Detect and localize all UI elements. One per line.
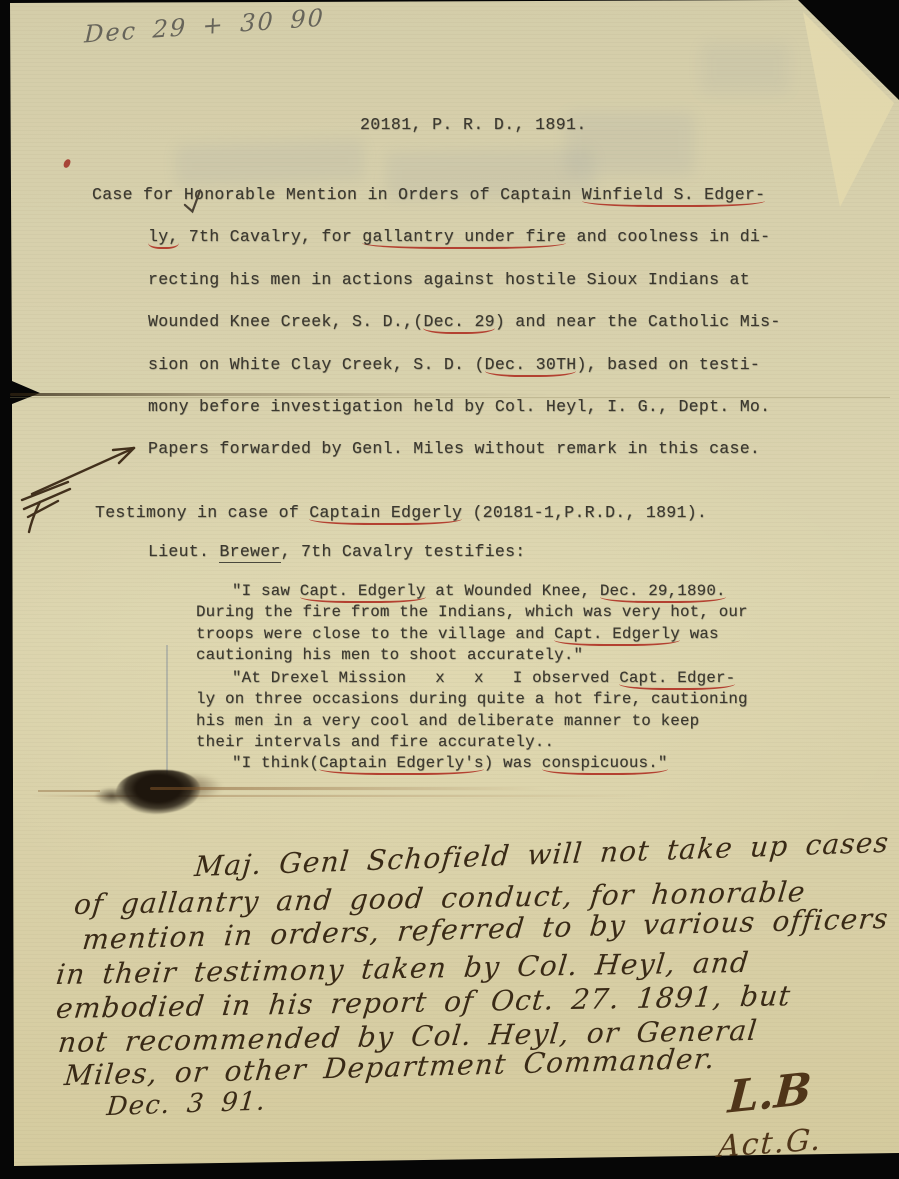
text-segment: "At Drexel Mission x x I observed (232, 669, 619, 687)
typed-line: "At Drexel Mission x x I observed Capt. … (196, 668, 748, 689)
text-segment: cautioning his men to shoot accurately." (196, 646, 583, 664)
testimony-quote-1: "I saw Capt. Edgerly at Wounded Knee, De… (196, 581, 748, 666)
testimony-quote-2: "At Drexel Mission x x I observed Capt. … (196, 668, 748, 774)
text-segment: conspicuous." (542, 754, 668, 775)
typed-line: During the fire from the Indians, which … (196, 602, 748, 623)
text-segment: Brewer (219, 542, 280, 563)
text-segment: Winfield S. Edger- (582, 185, 766, 207)
text-segment: his men in a very cool and deliberate ma… (196, 712, 699, 730)
text-segment: "I think( (232, 754, 319, 772)
docket-number: 20181, P. R. D., 1891. (360, 115, 587, 134)
text-segment: Case for Honorable Mention in Orders of … (92, 185, 582, 204)
ink-smear (150, 787, 580, 790)
text-segment: Dec. 29,1890. (600, 582, 726, 603)
text-segment: ly on three occasions during quite a hot… (196, 690, 748, 708)
text-segment: ), based on testi- (576, 355, 760, 374)
endorsement-date: Dec. 3 91. (105, 1086, 267, 1122)
typed-line: Papers forwarded by Genl. Miles without … (92, 428, 781, 470)
text-segment: During the fire from the Indians, which … (196, 603, 748, 621)
text-segment: Dec. 29 (423, 312, 494, 334)
text-segment: recting his men in actions against hosti… (148, 270, 750, 289)
text-segment: "I saw (232, 582, 300, 600)
text-segment: troops were close to the village and (196, 625, 554, 643)
text-segment: (20181-1,P.R.D., 1891). (462, 503, 707, 522)
text-segment: sion on White Clay Creek, S. D. ( (148, 355, 485, 374)
typed-line: cautioning his men to shoot accurately." (196, 645, 748, 666)
text-segment: and coolness in di- (566, 227, 770, 246)
text-segment: Captain Edgerly's (319, 754, 484, 775)
typed-line: his men in a very cool and deliberate ma… (196, 711, 748, 732)
typed-line: ly, 7th Cavalry, for gallantry under fir… (92, 216, 781, 258)
document-scan: Dec 29 + 30 90 20181, P. R. D., 1891. Ca… (0, 0, 899, 1179)
signature-initials: L.B (726, 1063, 813, 1123)
text-segment: Papers forwarded by Genl. Miles without … (148, 439, 760, 458)
text-segment: Capt. Edger- (619, 669, 735, 690)
text-segment: Captain Edgerly (309, 503, 462, 525)
typed-line: recting his men in actions against hosti… (92, 259, 781, 301)
typed-line: "I saw Capt. Edgerly at Wounded Knee, De… (196, 581, 748, 602)
text-segment: Capt. Edgerly (554, 625, 680, 646)
text-segment: 7th Cavalry, for (179, 227, 363, 246)
testimony-heading: Testimony in case of Captain Edgerly (20… (95, 502, 707, 524)
margin-arrow-icon (16, 430, 156, 540)
text-segment: gallantry under fire (362, 227, 566, 249)
typed-line: "I think(Captain Edgerly's) was conspicu… (196, 753, 748, 774)
text-segment: ly, (148, 227, 179, 249)
ink-smear (38, 790, 100, 792)
signature-role: Act.G. (717, 1122, 824, 1165)
bleed-through-ghost (700, 42, 790, 94)
typed-line: Wounded Knee Creek, S. D.,(Dec. 29) and … (92, 301, 781, 343)
text-segment: Wounded Knee Creek, S. D.,( (148, 312, 423, 331)
typed-line: their intervals and fire accurately.. (196, 732, 748, 753)
typed-line: mony before investigation held by Col. H… (92, 386, 781, 428)
text-segment: ) and near the Catholic Mis- (495, 312, 781, 331)
typed-line: troops were close to the village and Cap… (196, 624, 748, 645)
text-segment: , 7th Cavalry testifies: (281, 542, 526, 561)
text-segment: Lieut. (148, 542, 219, 561)
text-segment: mony before investigation held by Col. H… (148, 397, 770, 416)
text-segment: ) was (484, 754, 542, 772)
text-segment: was (680, 625, 719, 643)
vertical-crease (166, 645, 168, 785)
typed-line: sion on White Clay Creek, S. D. (Dec. 30… (92, 344, 781, 386)
text-segment: their intervals and fire accurately.. (196, 733, 554, 751)
witness-line: Lieut. Brewer, 7th Cavalry testifies: (148, 541, 525, 563)
text-segment: at Wounded Knee, (426, 582, 600, 600)
typed-line: ly on three occasions during quite a hot… (196, 689, 748, 710)
text-segment: Capt. Edgerly (300, 582, 426, 603)
text-segment: Dec. 30TH (485, 355, 577, 377)
